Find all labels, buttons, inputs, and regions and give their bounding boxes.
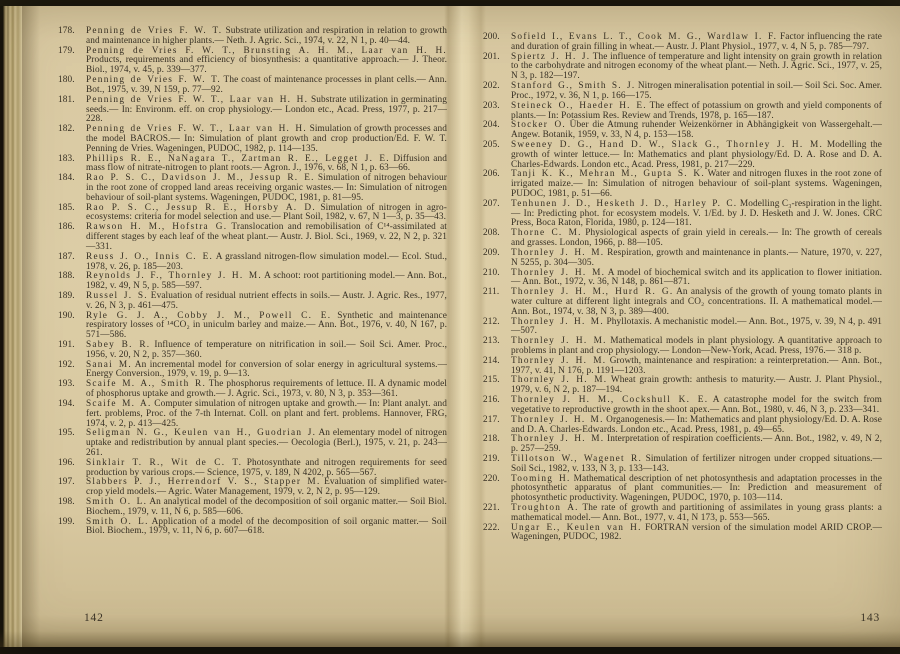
reference-number: 192. xyxy=(58,361,83,371)
reference-item: 200.Sofield I., Evans L. T., Cook M. G.,… xyxy=(483,33,882,53)
reference-item: 201.Spiertz J. H. J. The influence of te… xyxy=(483,53,882,82)
reference-item: 216.Thornley J. H. M., Cockshull K. E. A… xyxy=(483,396,882,416)
reference-authors: Penning de Vries F. W. T., Laar van H. H… xyxy=(86,124,307,134)
reference-item: 207.Tenhunen J. D., Hesketh J. D., Harle… xyxy=(483,200,882,229)
reference-number: 188. xyxy=(58,272,83,282)
reference-authors: Reuss J. O., Innis C. E. xyxy=(86,252,213,262)
reference-text: An incremental model for conversion of s… xyxy=(86,360,447,380)
reference-item: 218.Thornley J. H. M. Interpretation of … xyxy=(483,435,882,455)
reference-number: 189. xyxy=(58,292,83,302)
reference-authors: Smith O. L. xyxy=(86,517,149,527)
reference-authors: Thornley J. H. M. xyxy=(511,356,606,366)
reference-authors: Sanai M. xyxy=(86,360,132,370)
left-page: 178.Penning de Vries F. W. T. Substrate … xyxy=(58,27,447,537)
reference-item: 185.Rao P. S. C., Jessup R. E., Horsby A… xyxy=(58,204,447,224)
reference-item: 208.Thorne C. M. Physiological aspects o… xyxy=(483,229,882,249)
reference-text: Products, requirements and efficiency of… xyxy=(86,55,447,75)
reference-authors: Scaife M. A. xyxy=(86,399,152,409)
reference-authors: Penning de Vries F. W. T. xyxy=(86,75,221,85)
reference-number: 214. xyxy=(483,357,508,367)
reference-authors: Sofield I., Evans L. T., Cook M. G., War… xyxy=(511,32,777,42)
reference-number: 218. xyxy=(483,435,508,445)
reference-item: 203.Steineck O., Haeder H. E. The effect… xyxy=(483,102,882,122)
reference-number: 220. xyxy=(483,475,508,485)
reference-item: 183.Phillips R. E., NaNagara T., Zartman… xyxy=(58,155,447,175)
reference-authors: Scaife M. A., Smith R. xyxy=(86,379,206,389)
reference-item: 190.Ryle G. J. A., Cobby J. M., Powell C… xyxy=(58,312,447,341)
reference-item: 180.Penning de Vries F. W. T. The coast … xyxy=(58,76,447,96)
reference-number: 196. xyxy=(58,459,83,469)
reference-number: 209. xyxy=(483,249,508,259)
reference-item: 178.Penning de Vries F. W. T. Substrate … xyxy=(58,27,447,47)
reference-number: 183. xyxy=(58,155,83,165)
reference-authors: Tenhunen J. D., Hesketh J. D., Harley P.… xyxy=(511,199,737,209)
reference-item: 193.Scaife M. A., Smith R. The phosphoru… xyxy=(58,380,447,400)
reference-number: 217. xyxy=(483,416,508,426)
reference-number: 212. xyxy=(483,318,508,328)
reference-number: 200. xyxy=(483,33,508,43)
reference-authors: Penning de Vries F. W. T. xyxy=(86,26,222,36)
reference-authors: Thornley J. H. M. xyxy=(511,268,605,278)
reference-item: 187.Reuss J. O., Innis C. E. A grassland… xyxy=(58,253,447,273)
reference-number: 184. xyxy=(58,174,83,184)
reference-authors: Ungar E., Keulen van H. xyxy=(511,523,642,533)
reference-authors: Thornley J. H. M. xyxy=(511,415,604,425)
reference-number: 185. xyxy=(58,204,83,214)
reference-number: 179. xyxy=(58,47,83,57)
reference-number: 191. xyxy=(58,341,83,351)
reference-item: 213.Thornley J. H. M. Mathematical model… xyxy=(483,337,882,357)
reference-number: 213. xyxy=(483,337,508,347)
reference-item: 214.Thornley J. H. M. Growth, maintenanc… xyxy=(483,357,882,377)
reference-number: 195. xyxy=(58,429,83,439)
reference-text: Über die Atmung ruhender Weizenkörner in… xyxy=(511,120,882,140)
scan-edge-bottom xyxy=(0,647,900,654)
reference-authors: Penning de Vries F. W. T., Laar van H. H… xyxy=(86,95,308,105)
reference-item: 204.Stocker O. Über die Atmung ruhender … xyxy=(483,121,882,141)
reference-authors: Smith O. L. xyxy=(86,497,147,507)
reference-number: 219. xyxy=(483,455,508,465)
reference-list-right: 200.Sofield I., Evans L. T., Cook M. G.,… xyxy=(483,33,882,543)
page-number-left: 142 xyxy=(84,612,104,624)
reference-list-left: 178.Penning de Vries F. W. T. Substrate … xyxy=(58,27,447,537)
reference-item: 179.Penning de Vries F. W. T., Brunsting… xyxy=(58,47,447,76)
scan-edge-top xyxy=(0,0,900,6)
reference-item: 196.Sinklair T. R., Wit de C. T. Photosy… xyxy=(58,459,447,479)
reference-item: 205.Sweeney D. G., Hand D. W., Slack G.,… xyxy=(483,141,882,170)
reference-item: 189.Russel J. S. Evaluation of residual … xyxy=(58,292,447,312)
reference-authors: Stanford G., Smith S. J. xyxy=(511,81,635,91)
reference-authors: Thornley J. H. M. xyxy=(511,317,604,327)
reference-item: 212.Thornley J. H. M. Phyllotaxis. A mec… xyxy=(483,318,882,338)
reference-number: 202. xyxy=(483,82,508,92)
reference-number: 197. xyxy=(58,478,83,488)
reference-number: 182. xyxy=(58,125,83,135)
reference-number: 222. xyxy=(483,524,508,534)
reference-number: 205. xyxy=(483,141,508,151)
reference-authors: Sabey B. R. xyxy=(86,340,150,350)
reference-authors: Seligman N. G., Keulen van H., Guodrian … xyxy=(86,428,316,438)
reference-item: 222.Ungar E., Keulen van H. FORTRAN vers… xyxy=(483,524,882,544)
reference-authors: Tanji K. K., Mehran M., Gupta S. K. xyxy=(511,169,705,179)
reference-number: 204. xyxy=(483,121,508,131)
reference-authors: Sweeney D. G., Hand D. W., Slack G., Tho… xyxy=(511,140,823,150)
book-spine-edge xyxy=(0,0,22,654)
reference-item: 199.Smith O. L. Application of a model o… xyxy=(58,518,447,538)
reference-item: 194.Scaife M. A. Computer simulation of … xyxy=(58,400,447,429)
reference-item: 184.Rao P. S. C., Davidson J. M., Jessup… xyxy=(58,174,447,203)
reference-authors: Thornley J. H. M. xyxy=(511,375,607,385)
reference-authors: Thornley J. H. M. xyxy=(511,248,604,258)
reference-authors: Sinklair T. R., Wit de C. T. xyxy=(86,458,242,468)
reference-authors: Thorne C. M. xyxy=(511,228,582,238)
reference-authors: Stocker O. xyxy=(511,120,566,130)
reference-item: 192.Sanai M. An incremental model for co… xyxy=(58,361,447,381)
reference-number: 181. xyxy=(58,96,83,106)
reference-item: 195.Seligman N. G., Keulen van H., Guodr… xyxy=(58,429,447,458)
reference-number: 210. xyxy=(483,269,508,279)
reference-number: 211. xyxy=(483,288,508,298)
reference-number: 180. xyxy=(58,76,83,86)
reference-number: 208. xyxy=(483,229,508,239)
reference-number: 221. xyxy=(483,504,508,514)
page-gutter xyxy=(444,6,486,647)
reference-item: 210.Thornley J. H. M. A model of biochem… xyxy=(483,269,882,289)
reference-number: 216. xyxy=(483,396,508,406)
reference-number: 206. xyxy=(483,170,508,180)
reference-authors: Steineck O., Haeder H. E. xyxy=(511,101,647,111)
right-page: 200.Sofield I., Evans L. T., Cook M. G.,… xyxy=(483,33,882,543)
reference-item: 206.Tanji K. K., Mehran M., Gupta S. K. … xyxy=(483,170,882,199)
reference-number: 186. xyxy=(58,223,83,233)
reference-authors: Slabbers P. J., Herrendorf V. S., Stappe… xyxy=(86,477,321,487)
reference-authors: Rawson H. M., Hofstra G. xyxy=(86,222,227,232)
reference-item: 219.Tillotson W., Wagenet R. Simulation … xyxy=(483,455,882,475)
reference-authors: Thornley J. H. M. xyxy=(511,434,604,444)
reference-authors: Thornley J. H. M. xyxy=(511,336,607,346)
reference-number: 201. xyxy=(483,53,508,63)
reference-number: 187. xyxy=(58,253,83,263)
reference-item: 197.Slabbers P. J., Herrendorf V. S., St… xyxy=(58,478,447,498)
reference-item: 220.Tooming H. Mathematical description … xyxy=(483,475,882,504)
reference-item: 221.Troughton A. The rate of growth and … xyxy=(483,504,882,524)
reference-authors: Reynolds J. F., Thornley J. H. M. xyxy=(86,271,262,281)
reference-item: 215.Thornley J. H. M. Wheat grain growth… xyxy=(483,376,882,396)
reference-item: 188.Reynolds J. F., Thornley J. H. M. A … xyxy=(58,272,447,292)
reference-number: 215. xyxy=(483,376,508,386)
reference-item: 198.Smith O. L. An analytical model of t… xyxy=(58,498,447,518)
reference-authors: Rao P. S. C., Davidson J. M., Jessup R. … xyxy=(86,173,315,183)
reference-number: 199. xyxy=(58,518,83,528)
reference-number: 194. xyxy=(58,400,83,410)
reference-item: 182.Penning de Vries F. W. T., Laar van … xyxy=(58,125,447,154)
reference-number: 207. xyxy=(483,200,508,210)
reference-authors: Troughton A. xyxy=(511,503,579,513)
reference-number: 193. xyxy=(58,380,83,390)
reference-number: 190. xyxy=(58,312,83,322)
reference-number: 178. xyxy=(58,27,83,37)
bottom-shadow xyxy=(0,631,900,647)
reference-item: 202.Stanford G., Smith S. J. Nitrogen mi… xyxy=(483,82,882,102)
reference-authors: Thornley J. H. M., Cockshull K. E. xyxy=(511,395,708,405)
reference-authors: Russel J. S. xyxy=(86,291,148,301)
reference-item: 186.Rawson H. M., Hofstra G. Translocati… xyxy=(58,223,447,252)
spine-shadow xyxy=(22,0,40,654)
reference-item: 211.Thornley J. H. M., Hurd R. G. An ana… xyxy=(483,288,882,317)
reference-authors: Tillotson W., Wagenet R. xyxy=(511,454,642,464)
reference-item: 217.Thornley J. H. M. Organogenesis.— In… xyxy=(483,416,882,436)
reference-item: 191.Sabey B. R. Influence of temperature… xyxy=(58,341,447,361)
reference-item: 209.Thornley J. H. M. Respiration, growt… xyxy=(483,249,882,269)
reference-number: 203. xyxy=(483,102,508,112)
reference-item: 181.Penning de Vries F. W. T., Laar van … xyxy=(58,96,447,125)
book-scan: 178.Penning de Vries F. W. T. Substrate … xyxy=(0,0,900,654)
reference-authors: Thornley J. H. M., Hurd R. G. xyxy=(511,287,673,297)
reference-number: 198. xyxy=(58,498,83,508)
page-number-right: 143 xyxy=(860,612,880,624)
